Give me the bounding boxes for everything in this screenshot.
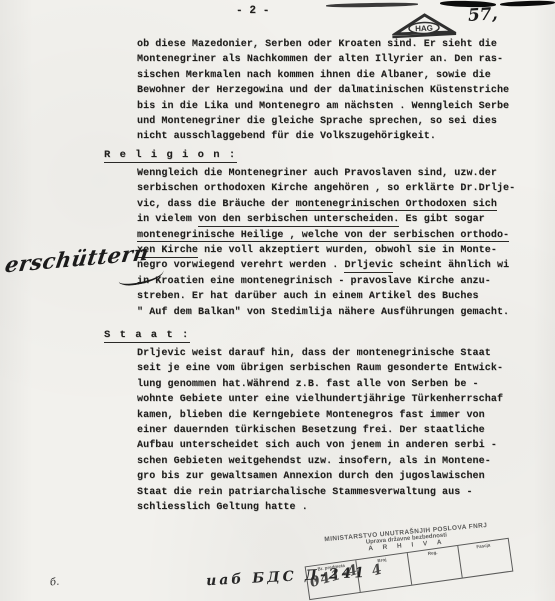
text-line: einer dauernden türkischen Besetzung fre… xyxy=(137,423,522,438)
stamp-column-header: Reg. xyxy=(427,550,437,556)
text-line: Bewohner der Herzegowina und der dalmati… xyxy=(137,83,522,98)
text-line: sischen Merkmalen nach kommen ihnen die … xyxy=(137,68,522,83)
archive-stamp: MINISTARSTVO UNUTRAŠNJIH POSLOVA FNRJ Up… xyxy=(294,519,522,595)
text-line: negro vorwiegend verehrt werden . Drljev… xyxy=(137,258,522,273)
text-line: nicht ausschlaggebend für die Volkszugeh… xyxy=(137,129,522,144)
text-line: xen Kirche nie voll akzeptiert wurden, o… xyxy=(137,243,522,258)
corner-mark: б. xyxy=(49,577,59,589)
text-line: seit je eine vom übrigen serbischen Raum… xyxy=(137,361,522,376)
text-line: schliesslich Geltung hatte . xyxy=(137,500,522,515)
stamp-monogram-text: HAG xyxy=(415,24,433,34)
ink-smudge xyxy=(326,2,418,7)
text-line: in vielem von den serbischen unterscheid… xyxy=(137,212,522,227)
text-line: schen Gebieten weitgehendst uzw. insofer… xyxy=(137,454,522,469)
heading-staat: S t a a t : xyxy=(104,329,190,343)
text-line: in Kroatien eine montenegrinisch - pravo… xyxy=(137,274,522,289)
text-line: bis in die Lika und Montenegro am nächst… xyxy=(137,99,522,114)
paragraph-staat: Drljevic weist darauf hin, dass der mont… xyxy=(137,346,522,515)
page-number: - 2 - xyxy=(236,5,270,17)
stamp-table-cell: Reg. xyxy=(407,546,462,585)
text-line: Wenngleich die Montenegriner auch Pravos… xyxy=(137,166,522,181)
text-line: Aufbau unterscheidet sich auch von jenem… xyxy=(137,438,522,453)
text-line: serbischen orthodoxen Kirche angehören ,… xyxy=(137,181,522,196)
scanned-document-page: - 2 - HAG 57, ob diese Mazedonier, Serbe… xyxy=(0,0,555,601)
stamp-handwritten-entry: 4 xyxy=(370,561,385,579)
paragraph-intro: ob diese Mazedonier, Serben oder Kroaten… xyxy=(137,37,522,145)
text-line: vic, dass die Bräuche der montenegrinisc… xyxy=(137,197,522,212)
handwritten-sheet-number: 57, xyxy=(467,4,498,26)
text-line: wohnte Gebiete unter eine vielhundertjäh… xyxy=(137,392,522,407)
paragraph-religion: Wenngleich die Montenegriner auch Pravos… xyxy=(137,166,522,320)
text-line: streben. Er hat darüber auch in einem Ar… xyxy=(137,289,522,304)
ink-smudge xyxy=(500,0,555,7)
text-line: Drljevic weist darauf hin, dass der mont… xyxy=(137,346,522,361)
stamp-column-header: Fascja xyxy=(476,542,491,549)
text-line: lung genommen hat.Während z.B. fast alle… xyxy=(137,377,522,392)
text-line: kamen, blieben die Kerngebiete Montenegr… xyxy=(137,408,522,423)
heading-religion: R e l i g i o n : xyxy=(104,149,237,163)
text-line: montenegrinische Heilige , welche von de… xyxy=(137,228,522,243)
stamp-table-cell: Fascja xyxy=(458,539,512,578)
text-line: " Auf dem Balkan" von Stedimlija nähere … xyxy=(137,305,522,320)
text-line: gro bis zur gewaltsamen Annexion durch d… xyxy=(137,469,522,484)
text-line: ob diese Mazedonier, Serben oder Kroaten… xyxy=(137,37,522,52)
text-line: Staat die rein patriarchalische Stammesv… xyxy=(137,485,522,500)
text-line: und Montenegriner die gleiche Sprache sp… xyxy=(137,114,522,129)
text-line: Montenegriner als Nachkommen der alten I… xyxy=(137,52,522,67)
